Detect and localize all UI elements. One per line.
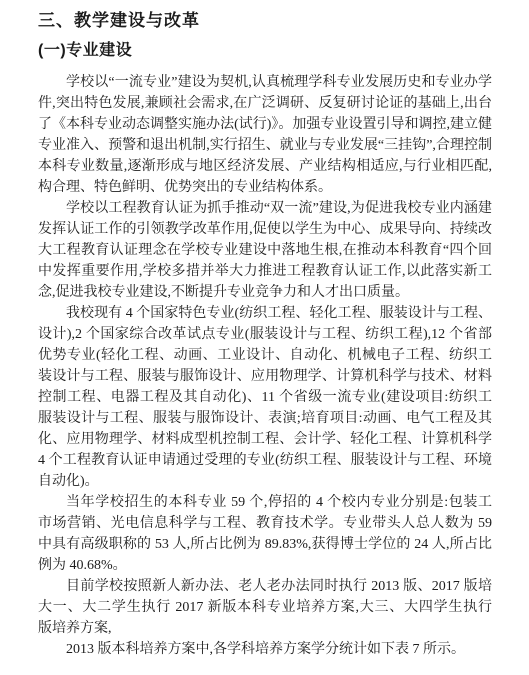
text-line: 化、应用物理学、材料成型机控制工程、会计学、轻化工程、计算机科学与技术)、 xyxy=(38,429,492,450)
paragraph-1: 学校以“一流专业”建设为契机,认真梳理学科专业发展历史和专业办学条件,突出特色发… xyxy=(38,72,492,198)
text-line: 服装设计与工程、服装与服饰设计、表演;培育项目:动画、电气工程及其自动 xyxy=(38,408,492,429)
text-line: 中发挥重要作用,学校多措并举大力推进工程教育认证工作,以此落实新工科理 xyxy=(38,261,492,282)
text-line: 学校以工程教育认证为抓手推动“双一流”建设,为促进我校专业内涵建设, xyxy=(38,198,492,219)
document-page: 三、教学建设与改革 (一)专业建设 学校以“一流专业”建设为契机,认真梳理学科专… xyxy=(0,0,529,675)
paragraph-3: 我校现有 4 个国家特色专业(纺织工程、轻化工程、服装设计与工程、工业设计),2… xyxy=(38,303,492,492)
paragraph-2: 学校以工程教育认证为抓手推动“双一流”建设,为促进我校专业内涵建设,发挥认证工作… xyxy=(38,198,492,303)
text-line: 构合理、特色鲜明、优势突出的专业结构体系。 xyxy=(38,177,492,198)
document-body: 学校以“一流专业”建设为契机,认真梳理学科专业发展历史和专业办学条件,突出特色发… xyxy=(38,72,492,660)
text-line: 大一、大二学生执行 2017 新版本科专业培养方案,大三、大四学生执行 2013 xyxy=(38,597,492,618)
text-line: 装设计与工程、服装与服饰设计、应用物理学、计算机科学与技术、材料成型及 xyxy=(38,366,492,387)
text-line: 专业准入、预警和退出机制,实行招生、就业与专业发展“三挂钩”,合理控制 xyxy=(38,135,492,156)
text-line: 例为 40.68%。 xyxy=(38,555,492,576)
text-line: 我校现有 4 个国家特色专业(纺织工程、轻化工程、服装设计与工程、工业 xyxy=(38,303,492,324)
text-line: 4 个工程教育认证申请通过受理的专业(纺织工程、服装设计与工程、环境工程、 xyxy=(38,450,492,471)
text-line: 优势专业(轻化工程、动画、工业设计、自动化、机械电子工程、纺织工程、服 xyxy=(38,345,492,366)
text-line: 大工程教育认证理念在学校专业建设中落地生根,在推动本科教育“四个回归” xyxy=(38,240,492,261)
paragraph-6: 2013 版本科培养方案中,各学科培养方案学分统计如下表 7 所示。 xyxy=(38,639,492,660)
text-line: 了《本科专业动态调整实施办法(试行)》。加强专业设置引导和调控,建立健全 xyxy=(38,114,492,135)
text-line: 件,突出特色发展,兼顾社会需求,在广泛调研、反复研讨论证的基础上,出台 xyxy=(38,93,492,114)
text-line: 中具有高级职称的 53 人,所占比例为 89.83%,获得博士学位的 24 人,… xyxy=(38,534,492,555)
text-line: 发挥认证工作的引领教学改革作用,促使以学生为中心、成果导向、持续改进三 xyxy=(38,219,492,240)
text-line: 设计),2 个国家综合改革试点专业(服装设计与工程、纺织工程),12 个省部级 xyxy=(38,324,492,345)
text-line: 2013 版本科培养方案中,各学科培养方案学分统计如下表 7 所示。 xyxy=(38,639,492,660)
subsection-heading: (一)专业建设 xyxy=(38,40,492,62)
paragraph-4: 当年学校招生的本科专业 59 个,停招的 4 个校内专业分别是:包装工程、市场营… xyxy=(38,492,492,576)
text-line: 目前学校按照新人新办法、老人老办法同时执行 2013 版、2017 版培养方案 xyxy=(38,576,492,597)
text-line: 市场营销、光电信息科学与工程、教育技术学。专业带头人总人数为 59 人,其 xyxy=(38,513,492,534)
text-line: 版培养方案, xyxy=(38,618,492,639)
text-line: 念,促进我校专业建设,不断提升专业竞争力和人才出口质量。 xyxy=(38,282,492,303)
text-line: 控制工程、电器工程及其自动化)、11 个省级一流专业(建设项目:纺织工程、 xyxy=(38,387,492,408)
text-line: 本科专业数量,逐渐形成与地区经济发展、产业结构相适应,与行业相匹配,结 xyxy=(38,156,492,177)
text-line: 学校以“一流专业”建设为契机,认真梳理学科专业发展历史和专业办学条 xyxy=(38,72,492,93)
section-heading: 三、教学建设与改革 xyxy=(38,10,492,32)
paragraph-5: 目前学校按照新人新办法、老人老办法同时执行 2013 版、2017 版培养方案大… xyxy=(38,576,492,639)
text-line: 当年学校招生的本科专业 59 个,停招的 4 个校内专业分别是:包装工程、 xyxy=(38,492,492,513)
text-line: 自动化)。 xyxy=(38,471,492,492)
